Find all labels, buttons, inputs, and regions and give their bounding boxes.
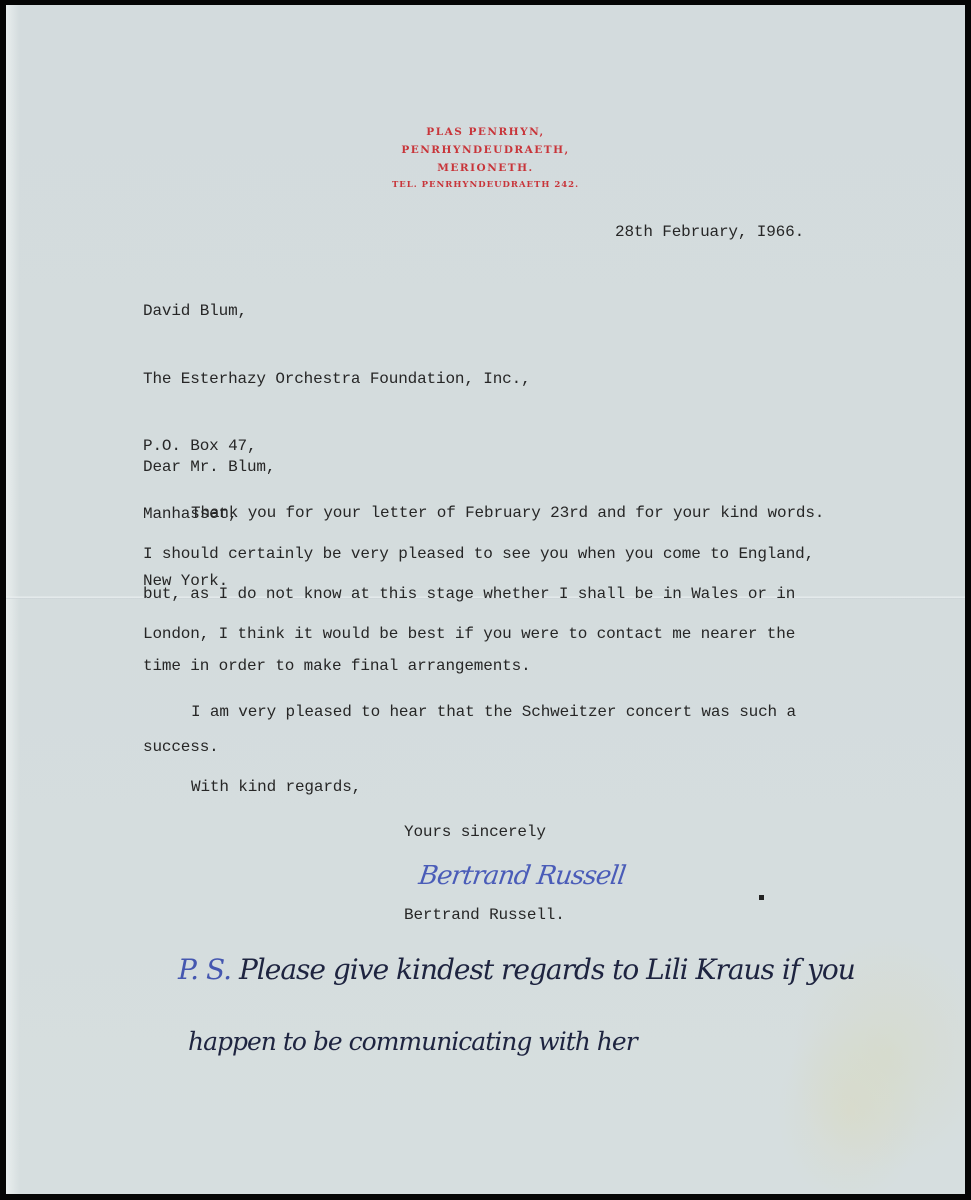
letterhead-house: PLAS PENRHYN,	[6, 123, 965, 141]
closing: Yours sincerely	[404, 823, 546, 841]
recipient-name: David Blum,	[143, 300, 531, 323]
letterhead-telephone: TEL. PENRHYNDEUDRAETH 242.	[6, 177, 965, 194]
typed-signature-name: Bertrand Russell.	[404, 906, 565, 924]
postscript-text-1: Please give kindest regards to Lili Krau…	[239, 953, 855, 986]
body-line: success.	[143, 738, 219, 756]
recipient-po-box: P.O. Box 47,	[143, 435, 531, 458]
letter-page: PLAS PENRHYN, PENRHYNDEUDRAETH, MERIONET…	[6, 5, 965, 1194]
recipient-address: David Blum, The Esterhazy Orchestra Foun…	[143, 255, 531, 638]
handwritten-signature: Bertrand Russell	[417, 861, 627, 891]
body-line: but, as I do not know at this stage whet…	[143, 585, 795, 603]
recipient-organization: The Esterhazy Orchestra Foundation, Inc.…	[143, 368, 531, 391]
letter-date: 28th February, I966.	[615, 223, 804, 241]
document-frame: PLAS PENRHYN, PENRHYNDEUDRAETH, MERIONET…	[0, 0, 971, 1200]
postscript-line-2: happen to be communicating with her	[188, 1027, 637, 1056]
postscript-prefix: P. S.	[178, 953, 231, 986]
postscript-line-1: P. S. Please give kindest regards to Lil…	[178, 953, 855, 986]
body-line: I am very pleased to hear that the Schwe…	[143, 703, 796, 721]
letterhead: PLAS PENRHYN, PENRHYNDEUDRAETH, MERIONET…	[6, 123, 965, 194]
regards-line: With kind regards,	[143, 778, 361, 796]
ink-dot	[759, 895, 764, 900]
body-line: time in order to make final arrangements…	[143, 657, 531, 675]
body-line: London, I think it would be best if you …	[143, 625, 795, 643]
letterhead-town: PENRHYNDEUDRAETH,	[6, 141, 965, 159]
body-line: Thank you for your letter of February 23…	[143, 504, 824, 522]
letterhead-county: MERIONETH.	[6, 159, 965, 177]
body-line: I should certainly be very pleased to se…	[143, 545, 814, 563]
salutation: Dear Mr. Blum,	[143, 458, 275, 476]
